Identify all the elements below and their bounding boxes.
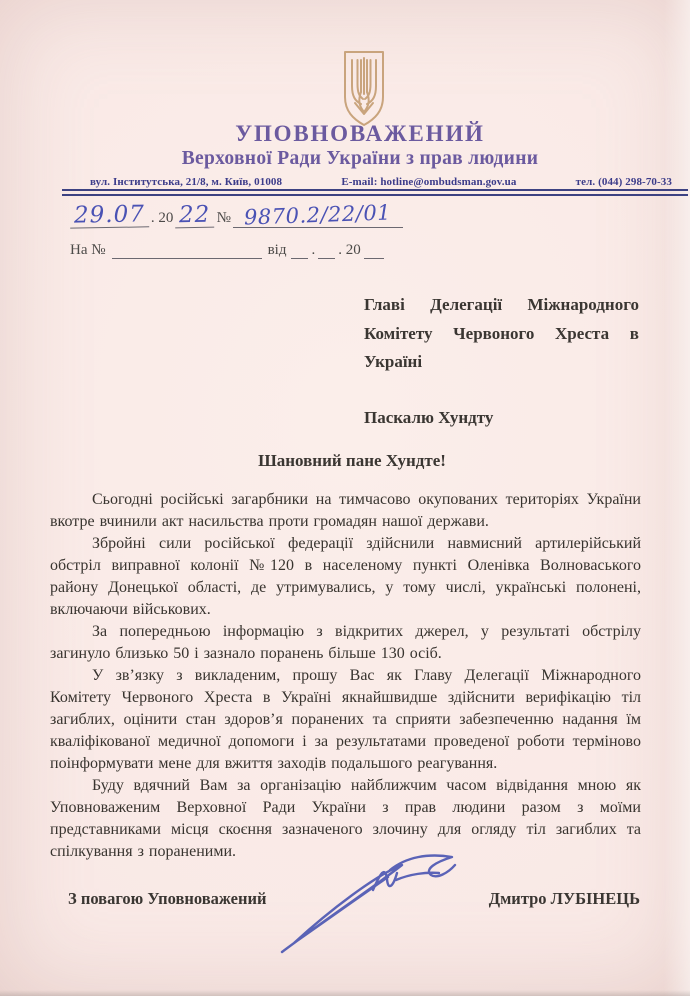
- body-paragraph-1: Сьогодні російські загарбники на тимчасо…: [50, 489, 641, 533]
- letter-body: Сьогодні російські загарбники на тимчасо…: [50, 489, 641, 863]
- handwritten-signature: [276, 846, 462, 958]
- reply-year-prefix: . 20: [335, 242, 364, 259]
- letterhead-subtitle: Верховної Ради України з прав людини: [40, 148, 680, 170]
- reference-date-row: 29.07 . 20 22 № 9870.2/22/01: [70, 203, 403, 228]
- body-paragraph-2: Збройні сили російської федерації здійсн…: [50, 533, 641, 621]
- doc-number-line: 9870.2/22/01: [233, 204, 403, 228]
- reply-from-label: від: [268, 242, 287, 259]
- handwritten-date: 29.07: [70, 202, 149, 228]
- letterhead-address: вул. Інститутська, 21/8, м. Київ, 01008: [90, 176, 282, 188]
- number-sign: №: [215, 210, 233, 228]
- body-paragraph-3: За попередньою інформацію з відкритих дж…: [50, 621, 641, 665]
- scanned-letter-page: УПОВНОВАЖЕНИЙ Верховної Ради України з п…: [0, 0, 690, 996]
- letterhead-title: УПОВНОВАЖЕНИЙ: [40, 121, 680, 147]
- recipient-line-1: Главі Делегації Міжнародного: [364, 291, 639, 320]
- handwritten-doc-number: 9870.2/22/01: [244, 201, 392, 228]
- signer-name: Дмитро ЛУБІНЕЦЬ: [440, 889, 640, 909]
- reply-dot-1: .: [308, 242, 318, 259]
- body-paragraph-4: У зв’язку з викладеним, прошу Вас як Гла…: [50, 665, 641, 775]
- recipient-block: Главі Делегації Міжнародного Комітету Че…: [364, 291, 639, 432]
- letterhead-phone: тел. (044) 298-70-33: [576, 176, 672, 188]
- closing-line: З повагою Уповноважений: [68, 889, 267, 909]
- salutation: Шановний пане Хундте!: [14, 451, 690, 471]
- recipient-line-2: Комітету Червоного Хреста в: [364, 320, 639, 349]
- reference-reply-row: На № від . . 20: [70, 242, 384, 259]
- reply-month-blank: [318, 244, 335, 259]
- letterhead-email: E-mail: hotline@ombudsman.gov.ua: [341, 176, 516, 188]
- handwritten-year: 22: [175, 203, 215, 229]
- reply-day-blank: [291, 244, 308, 259]
- ukraine-tryzub-shield-icon: [336, 48, 392, 130]
- letterhead-divider-rule: [62, 189, 688, 196]
- reply-year-blank: [364, 244, 384, 259]
- letterhead-contact-row: вул. Інститутська, 21/8, м. Київ, 01008 …: [90, 176, 672, 188]
- recipient-line-3: Україні: [364, 348, 639, 377]
- reply-number-blank: [112, 244, 262, 259]
- recipient-name: Паскалю Хундту: [364, 404, 639, 433]
- photo-bottom-shadow: [0, 990, 690, 996]
- reply-label: На №: [70, 242, 106, 259]
- printed-century: . 20: [149, 210, 176, 228]
